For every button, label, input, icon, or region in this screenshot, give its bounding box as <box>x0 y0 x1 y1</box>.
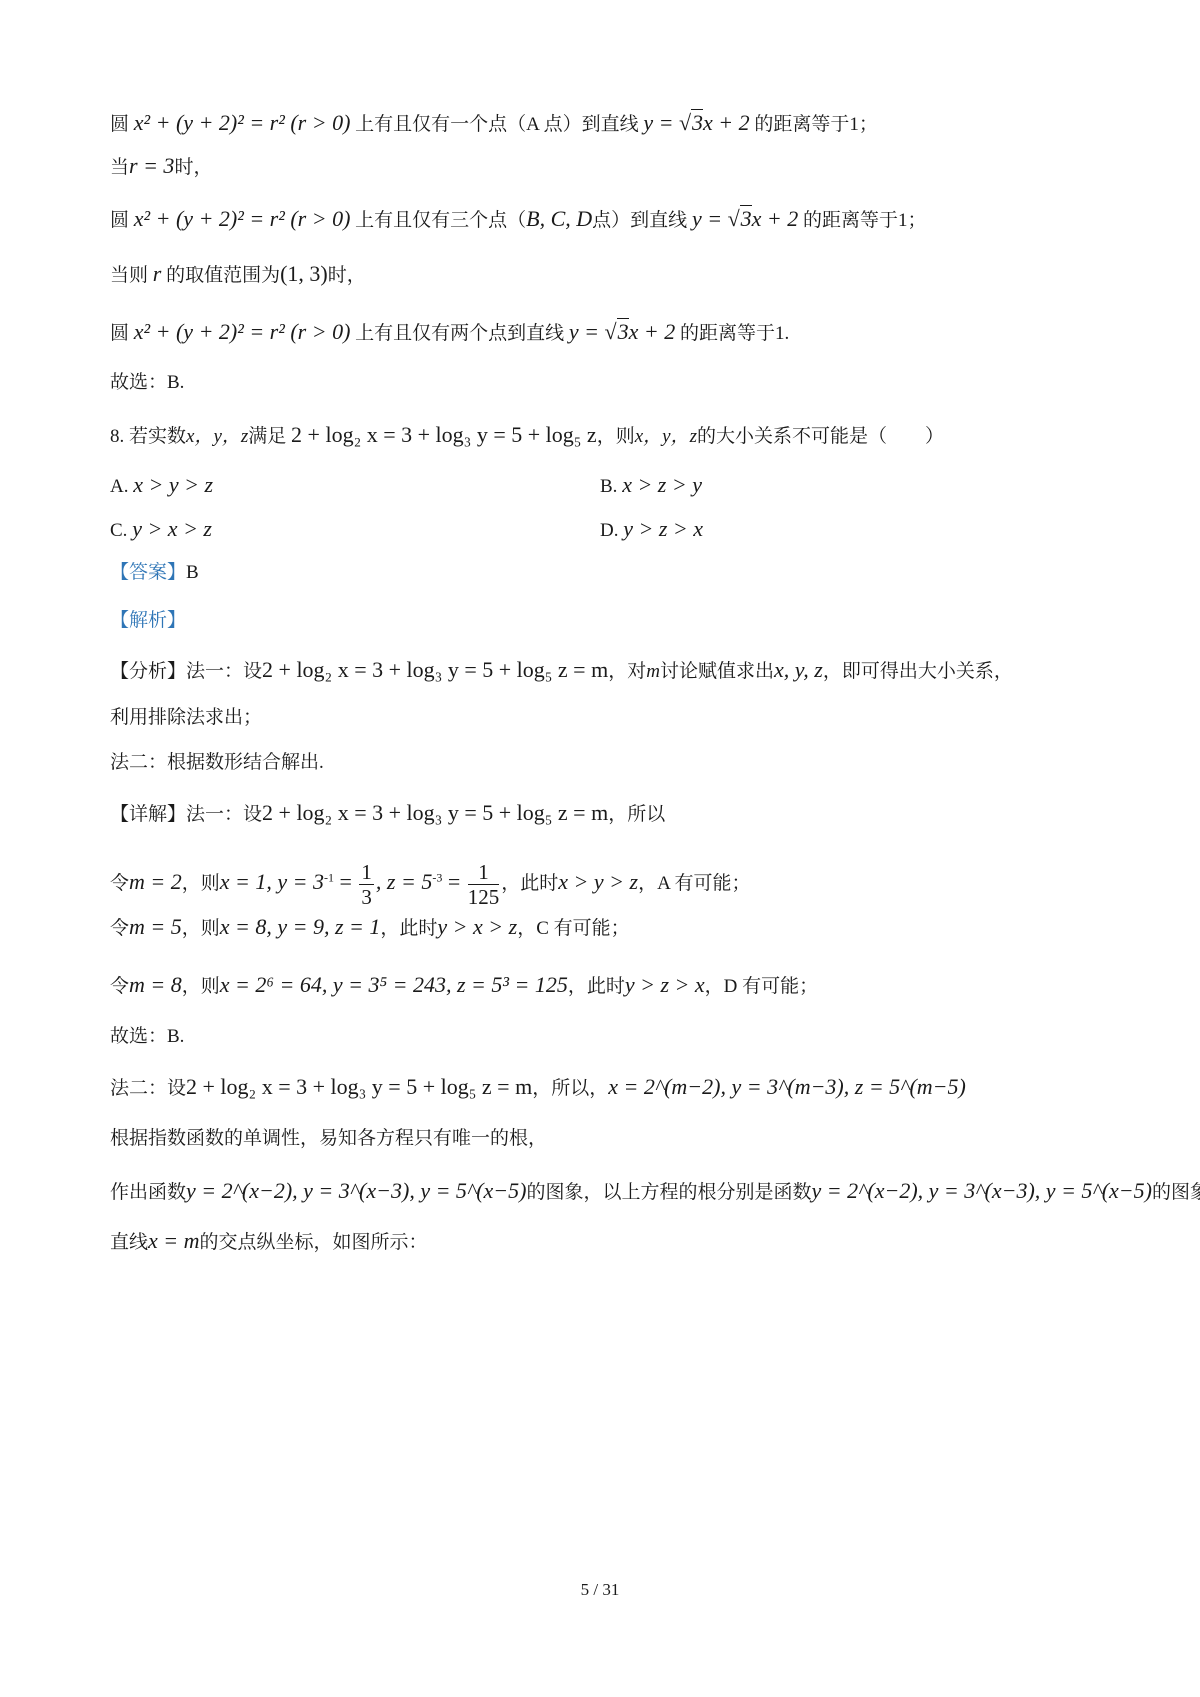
detail-line: 【详解】法一：设2 + log₂ x = 3 + log₃ y = 5 + lo… <box>110 798 665 830</box>
circle-equation: x² + (y + 2)² = r² (r > 0) <box>134 110 351 135</box>
fraction: 13 <box>359 860 374 909</box>
text: 的距离等于1. <box>680 323 789 344</box>
detail-case-2: 令m = 5，则x = 8, y = 9, z = 1，此时y > x > z，… <box>110 912 630 944</box>
math: B, C, D <box>526 206 592 231</box>
option-d: D. y > z > x <box>600 514 703 546</box>
circle-equation: x² + (y + 2)² = r² (r > 0) <box>134 206 351 231</box>
question-number: 8. <box>110 426 124 447</box>
text-line: 圆 x² + (y + 2)² = r² (r > 0) 上有且仅有三个点（B,… <box>110 204 927 236</box>
line-equation: y = √3x + 2 <box>569 318 675 344</box>
text: 上有且仅有两个点到直线 <box>355 323 564 344</box>
text: 若实数 <box>129 426 186 447</box>
math: x，y，z <box>186 426 248 447</box>
circle-equation: x² + (y + 2)² = r² (r > 0) <box>134 319 351 344</box>
option-a: A. x > y > z <box>110 470 213 502</box>
fraction: 1125 <box>468 860 500 909</box>
text: 圆 <box>110 323 129 344</box>
text: 时， <box>328 265 366 286</box>
text: 的大小关系不可能是（ ） <box>697 426 944 447</box>
answer: 【答案】B <box>110 558 199 588</box>
analysis-line: 【分析】法一：设2 + log₂ x = 3 + log₃ y = 5 + lo… <box>110 655 1013 687</box>
text: 当则 <box>110 265 148 286</box>
text: 圆 <box>110 114 129 135</box>
page-number: 5 / 31 <box>0 1580 1200 1600</box>
detail-line: 直线x = m的交点纵坐标，如图所示： <box>110 1226 428 1258</box>
math: (1, 3) <box>280 261 328 286</box>
text: 的距离等于1； <box>803 210 927 231</box>
text: 上有且仅有三个点（ <box>355 210 526 231</box>
option-b: B. x > z > y <box>600 470 702 502</box>
line-equation: y = √3x + 2 <box>643 109 749 135</box>
detail-line: 故选：B. <box>110 1022 184 1052</box>
text-line: 当则 r 的取值范围为(1, 3)时， <box>110 259 366 291</box>
math: r <box>153 261 162 286</box>
detail-case-1: 令m = 2，则x = 1, y = 3-1 = 13, z = 5-3 = 1… <box>110 860 751 909</box>
math: x，y，z <box>635 426 697 447</box>
text: 的距离等于1； <box>754 114 878 135</box>
math: r = 3 <box>129 153 174 178</box>
text: 圆 <box>110 210 129 231</box>
option-c: C. y > x > z <box>110 514 212 546</box>
analysis-tag: 【解析】 <box>110 606 186 636</box>
detail-line: 法二：设2 + log₂ x = 3 + log₃ y = 5 + log₅ z… <box>110 1072 966 1104</box>
text: 满足 <box>248 426 286 447</box>
log-equation: 2 + log₂ x = 3 + log₃ y = 5 + log₅ z <box>291 422 597 447</box>
line-equation: y = √3x + 2 <box>692 205 798 231</box>
text-line: 当r = 3时， <box>110 151 212 183</box>
detail-line: 作出函数y = 2^(x−2), y = 3^(x−3), y = 5^(x−5… <box>110 1176 1200 1208</box>
text-line: 圆 x² + (y + 2)² = r² (r > 0) 上有且仅有一个点（A … <box>110 108 878 140</box>
text: ，则 <box>597 426 635 447</box>
answer-tag: 【答案】 <box>110 562 186 583</box>
text: 时， <box>174 157 212 178</box>
text-line: 故选：B. <box>110 368 184 398</box>
detail-case-3: 令m = 8，则x = 2⁶ = 64, y = 3⁵ = 243, z = 5… <box>110 970 818 1002</box>
text: 点）到直线 <box>592 210 687 231</box>
analysis-line: 利用排除法求出； <box>110 703 262 733</box>
text: 的取值范围为 <box>166 265 280 286</box>
question-stem: 8. 若实数x，y，z满足 2 + log₂ x = 3 + log₃ y = … <box>110 420 944 452</box>
text-line: 圆 x² + (y + 2)² = r² (r > 0) 上有且仅有两个点到直线… <box>110 317 789 349</box>
text: 当 <box>110 157 129 178</box>
text: 上有且仅有一个点（A 点）到直线 <box>355 114 638 135</box>
answer-value: B <box>186 562 199 583</box>
analysis-line: 法二：根据数形结合解出. <box>110 748 324 778</box>
detail-line: 根据指数函数的单调性，易知各方程只有唯一的根， <box>110 1124 547 1154</box>
